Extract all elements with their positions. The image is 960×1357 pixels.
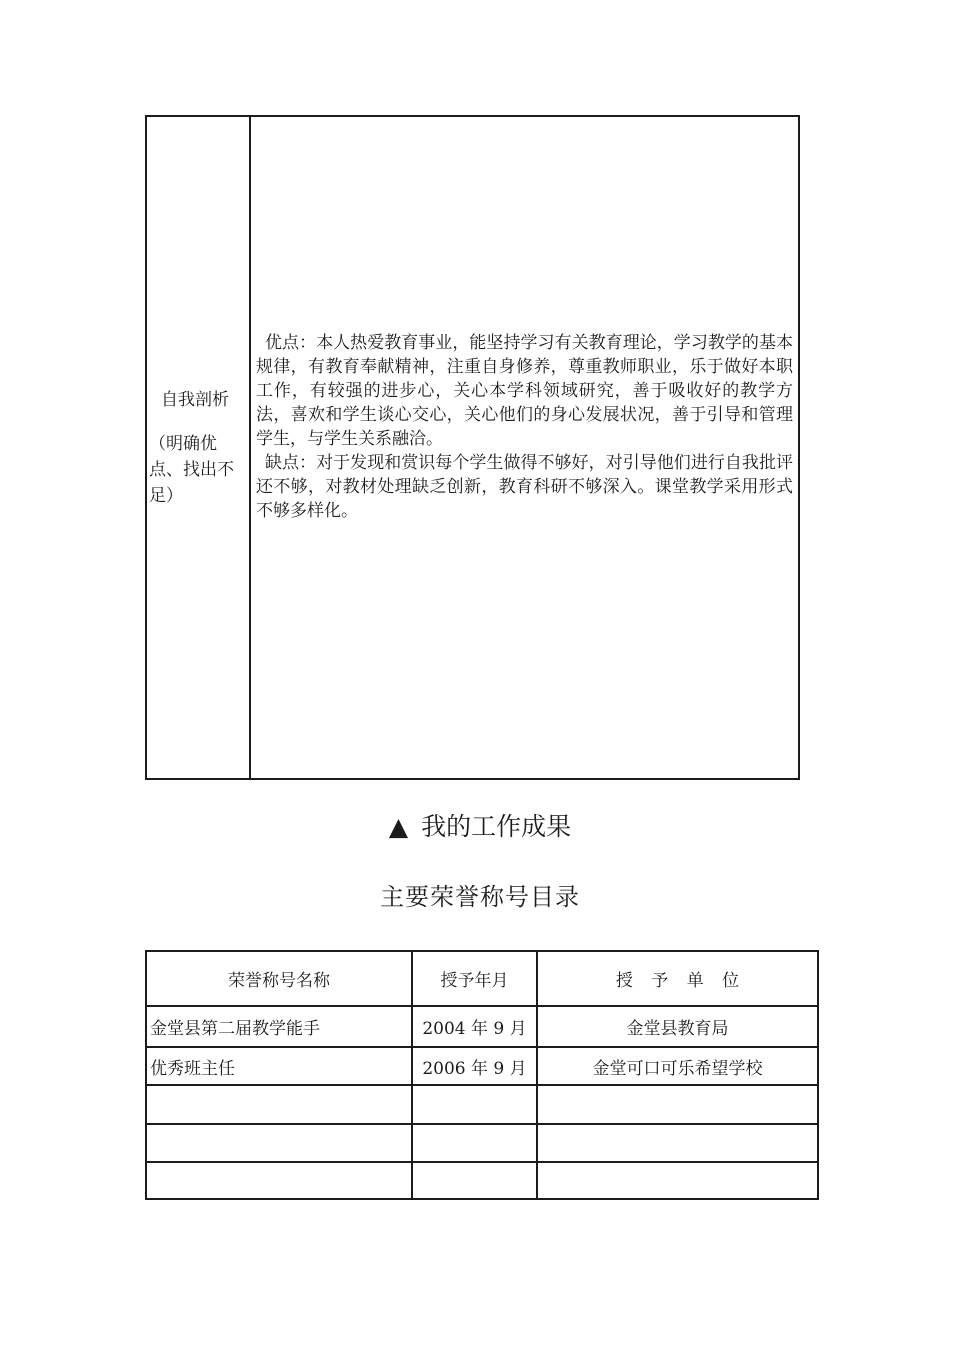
table-row: 优秀班主任 2006 年 9 月 金堂可口可乐希望学校 bbox=[146, 1047, 818, 1085]
section-heading-text: 我的工作成果 bbox=[421, 812, 571, 841]
table-row bbox=[146, 1124, 818, 1162]
document-page: 自我剖析 （明确优点、找出不足） 优点：本人热爱教育事业，能坚持学习有关教育理论… bbox=[0, 0, 960, 1357]
honors-subheading: 主要荣誉称号目录 bbox=[0, 881, 960, 913]
honor-name-cell bbox=[146, 1085, 412, 1124]
self-analysis-content-cell: 优点：本人热爱教育事业，能坚持学习有关教育理论，学习教学的基本规律，有教育奉献精… bbox=[251, 117, 798, 778]
honor-name-cell: 金堂县第二届教学能手 bbox=[146, 1006, 412, 1047]
honor-name-cell: 优秀班主任 bbox=[146, 1047, 412, 1085]
self-analysis-label-cell: 自我剖析 （明确优点、找出不足） bbox=[147, 117, 251, 778]
award-date-cell bbox=[412, 1085, 537, 1124]
header-award-date: 授予年月 bbox=[412, 951, 537, 1006]
section-heading: ▲我的工作成果 bbox=[0, 810, 960, 844]
weaknesses-paragraph: 缺点：对于发现和赏识每个学生做得不够好，对引导他们进行自我批评还不够，对教材处理… bbox=[256, 451, 793, 523]
award-date-cell: 2004 年 9 月 bbox=[412, 1006, 537, 1047]
honors-header-row: 荣誉称号名称 授予年月 授 予 单 位 bbox=[146, 951, 818, 1006]
honor-name-cell bbox=[146, 1124, 412, 1162]
self-analysis-table: 自我剖析 （明确优点、找出不足） 优点：本人热爱教育事业，能坚持学习有关教育理论… bbox=[145, 115, 800, 780]
self-analysis-note: （明确优点、找出不足） bbox=[149, 431, 247, 509]
award-unit-cell bbox=[537, 1162, 818, 1199]
header-award-unit: 授 予 单 位 bbox=[537, 951, 818, 1006]
honor-name-cell bbox=[146, 1162, 412, 1199]
self-analysis-label: 自我剖析 bbox=[149, 387, 247, 413]
award-unit-cell: 金堂可口可乐希望学校 bbox=[537, 1047, 818, 1085]
award-date-cell bbox=[412, 1162, 537, 1199]
award-date-cell bbox=[412, 1124, 537, 1162]
honors-table: 荣誉称号名称 授予年月 授 予 单 位 金堂县第二届教学能手 2004 年 9 … bbox=[145, 950, 819, 1200]
award-unit-cell bbox=[537, 1085, 818, 1124]
header-honor-name: 荣誉称号名称 bbox=[146, 951, 412, 1006]
strengths-paragraph: 优点：本人热爱教育事业，能坚持学习有关教育理论，学习教学的基本规律，有教育奉献精… bbox=[256, 331, 793, 451]
award-unit-cell: 金堂县教育局 bbox=[537, 1006, 818, 1047]
award-unit-cell bbox=[537, 1124, 818, 1162]
table-row bbox=[146, 1085, 818, 1124]
table-row: 金堂县第二届教学能手 2004 年 9 月 金堂县教育局 bbox=[146, 1006, 818, 1047]
award-date-cell: 2006 年 9 月 bbox=[412, 1047, 537, 1085]
triangle-icon: ▲ bbox=[389, 810, 408, 844]
table-row bbox=[146, 1162, 818, 1199]
